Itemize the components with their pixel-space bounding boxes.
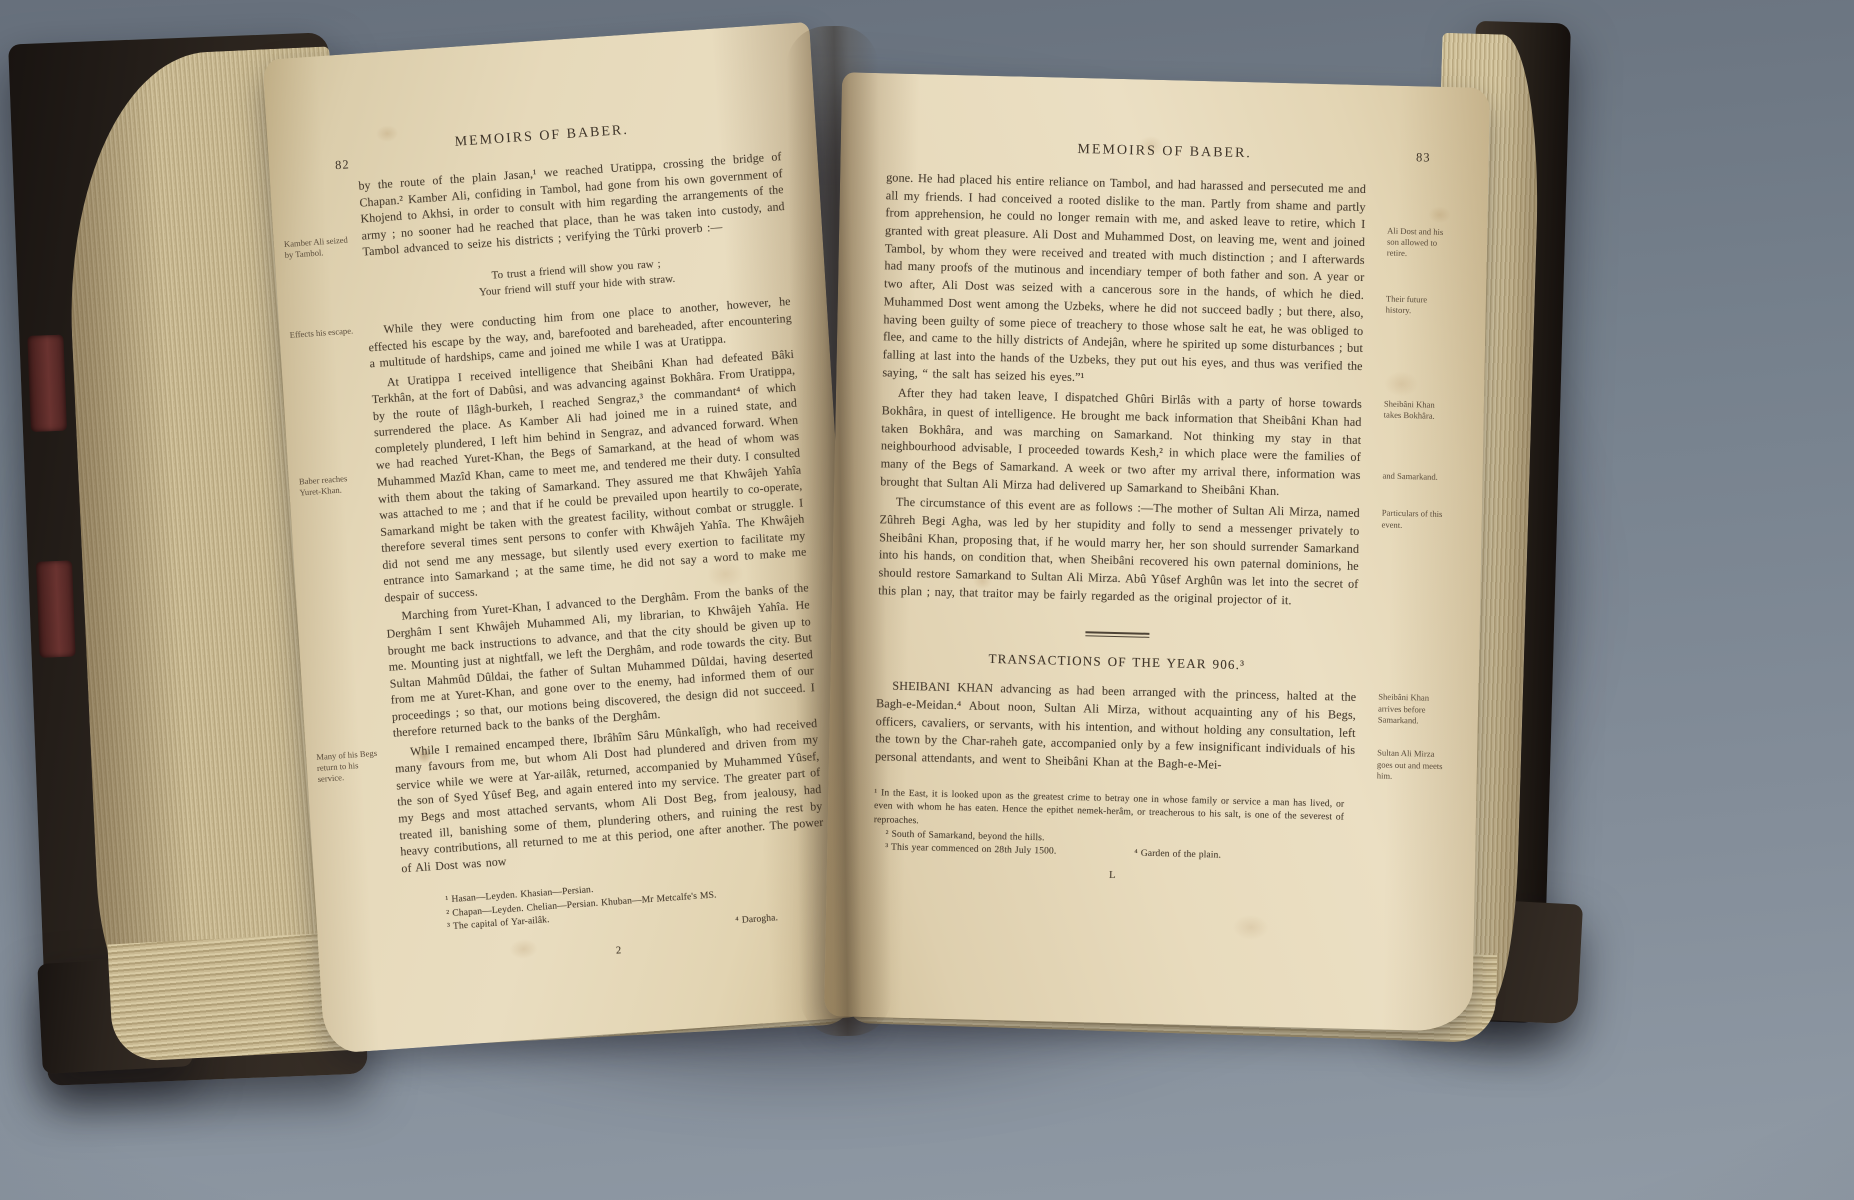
footnote: ⁴ Garden of the plain.: [1134, 847, 1221, 863]
paragraph-text: After they had taken leave, I dispatched…: [880, 385, 1362, 497]
spine-label: [27, 335, 67, 432]
right-page-header: MEMOIRS OF BABER. 83: [841, 72, 1490, 168]
left-page: 82 MEMOIRS OF BABER. Kamber Ali seized b…: [262, 22, 871, 1054]
margin-note: Kamber Ali seized by Tambol.: [284, 234, 351, 261]
margin-note: Sultan Ali Mirza goes out and meets him.: [1377, 748, 1444, 783]
margin-note: Particulars of this event.: [1381, 508, 1447, 532]
left-running-head: MEMOIRS OF BABER.: [454, 123, 629, 150]
paragraph-text: At Uratippa I received intelligence that…: [370, 346, 806, 604]
body-paragraph: Many of his Begs return to his service. …: [394, 715, 825, 877]
footnotes: ¹ In the East, it is looked upon as the …: [873, 786, 1344, 866]
margin-note: Sheibâni Khan arrives before Samarkand.: [1378, 692, 1445, 727]
body-paragraph: Baber reaches Yuret-Khan. At Uratippa I …: [370, 345, 808, 606]
margin-note: Effects his escape.: [289, 325, 356, 341]
body-paragraph: Marching from Yuret-Khan, I advanced to …: [385, 580, 816, 742]
body-paragraph: Ali Dost and his son allowed to retire. …: [882, 169, 1366, 393]
margin-note: Many of his Begs return to his service.: [316, 747, 384, 785]
margin-note: Ali Dost and his son allowed to retire.: [1387, 226, 1454, 261]
margin-note: Baber reaches Yuret-Khan.: [299, 472, 366, 499]
book-photograph: 82 MEMOIRS OF BABER. Kamber Ali seized b…: [0, 0, 1854, 1200]
margin-note: and Samarkand.: [1382, 471, 1448, 484]
paragraph-text: SHEIBANI KHAN advancing as had been arra…: [875, 679, 1356, 772]
body-paragraph: Kamber Ali seized by Tambol. by the rout…: [358, 148, 786, 260]
right-page: MEMOIRS OF BABER. 83 Ali Dost and his so…: [824, 72, 1490, 1032]
right-page-number: 83: [1416, 150, 1431, 165]
left-page-body: Kamber Ali seized by Tambol. by the rout…: [358, 148, 831, 973]
margin-note: Sheibâni Khan takes Bokhâra.: [1384, 399, 1450, 423]
signature-mark: L: [873, 862, 1353, 889]
margin-note: Their future history.: [1386, 294, 1452, 318]
right-page-body: Ali Dost and his son allowed to retire. …: [873, 169, 1366, 889]
left-page-number: 82: [335, 157, 350, 173]
paragraph-text: by the route of the plain Jasan,¹ we rea…: [358, 149, 785, 259]
paragraph-text: The circumstance of this event are as fo…: [878, 495, 1360, 608]
right-running-head: MEMOIRS OF BABER.: [1077, 142, 1252, 161]
spine-label: [36, 560, 76, 657]
body-paragraph: Particulars of this event. The circumsta…: [878, 494, 1360, 612]
paragraph-text: Marching from Yuret-Khan, I advanced to …: [385, 581, 815, 740]
body-paragraph: Sheibâni Khan arrives before Samarkand. …: [875, 678, 1357, 778]
paragraph-text: gone. He had placed his entire reliance …: [882, 170, 1366, 383]
section-divider: [1085, 631, 1149, 638]
paragraph-text: While I remained encamped there, Ibrâhîm…: [394, 716, 824, 875]
body-paragraph: Sheibâni Khan takes Bokhâra. and Samarka…: [880, 384, 1362, 502]
section-heading: TRANSACTIONS OF THE YEAR 906.³: [877, 647, 1357, 678]
footnote: ³ This year commenced on 28th July 1500.: [885, 841, 1056, 859]
left-page-header: 82 MEMOIRS OF BABER.: [262, 22, 815, 164]
